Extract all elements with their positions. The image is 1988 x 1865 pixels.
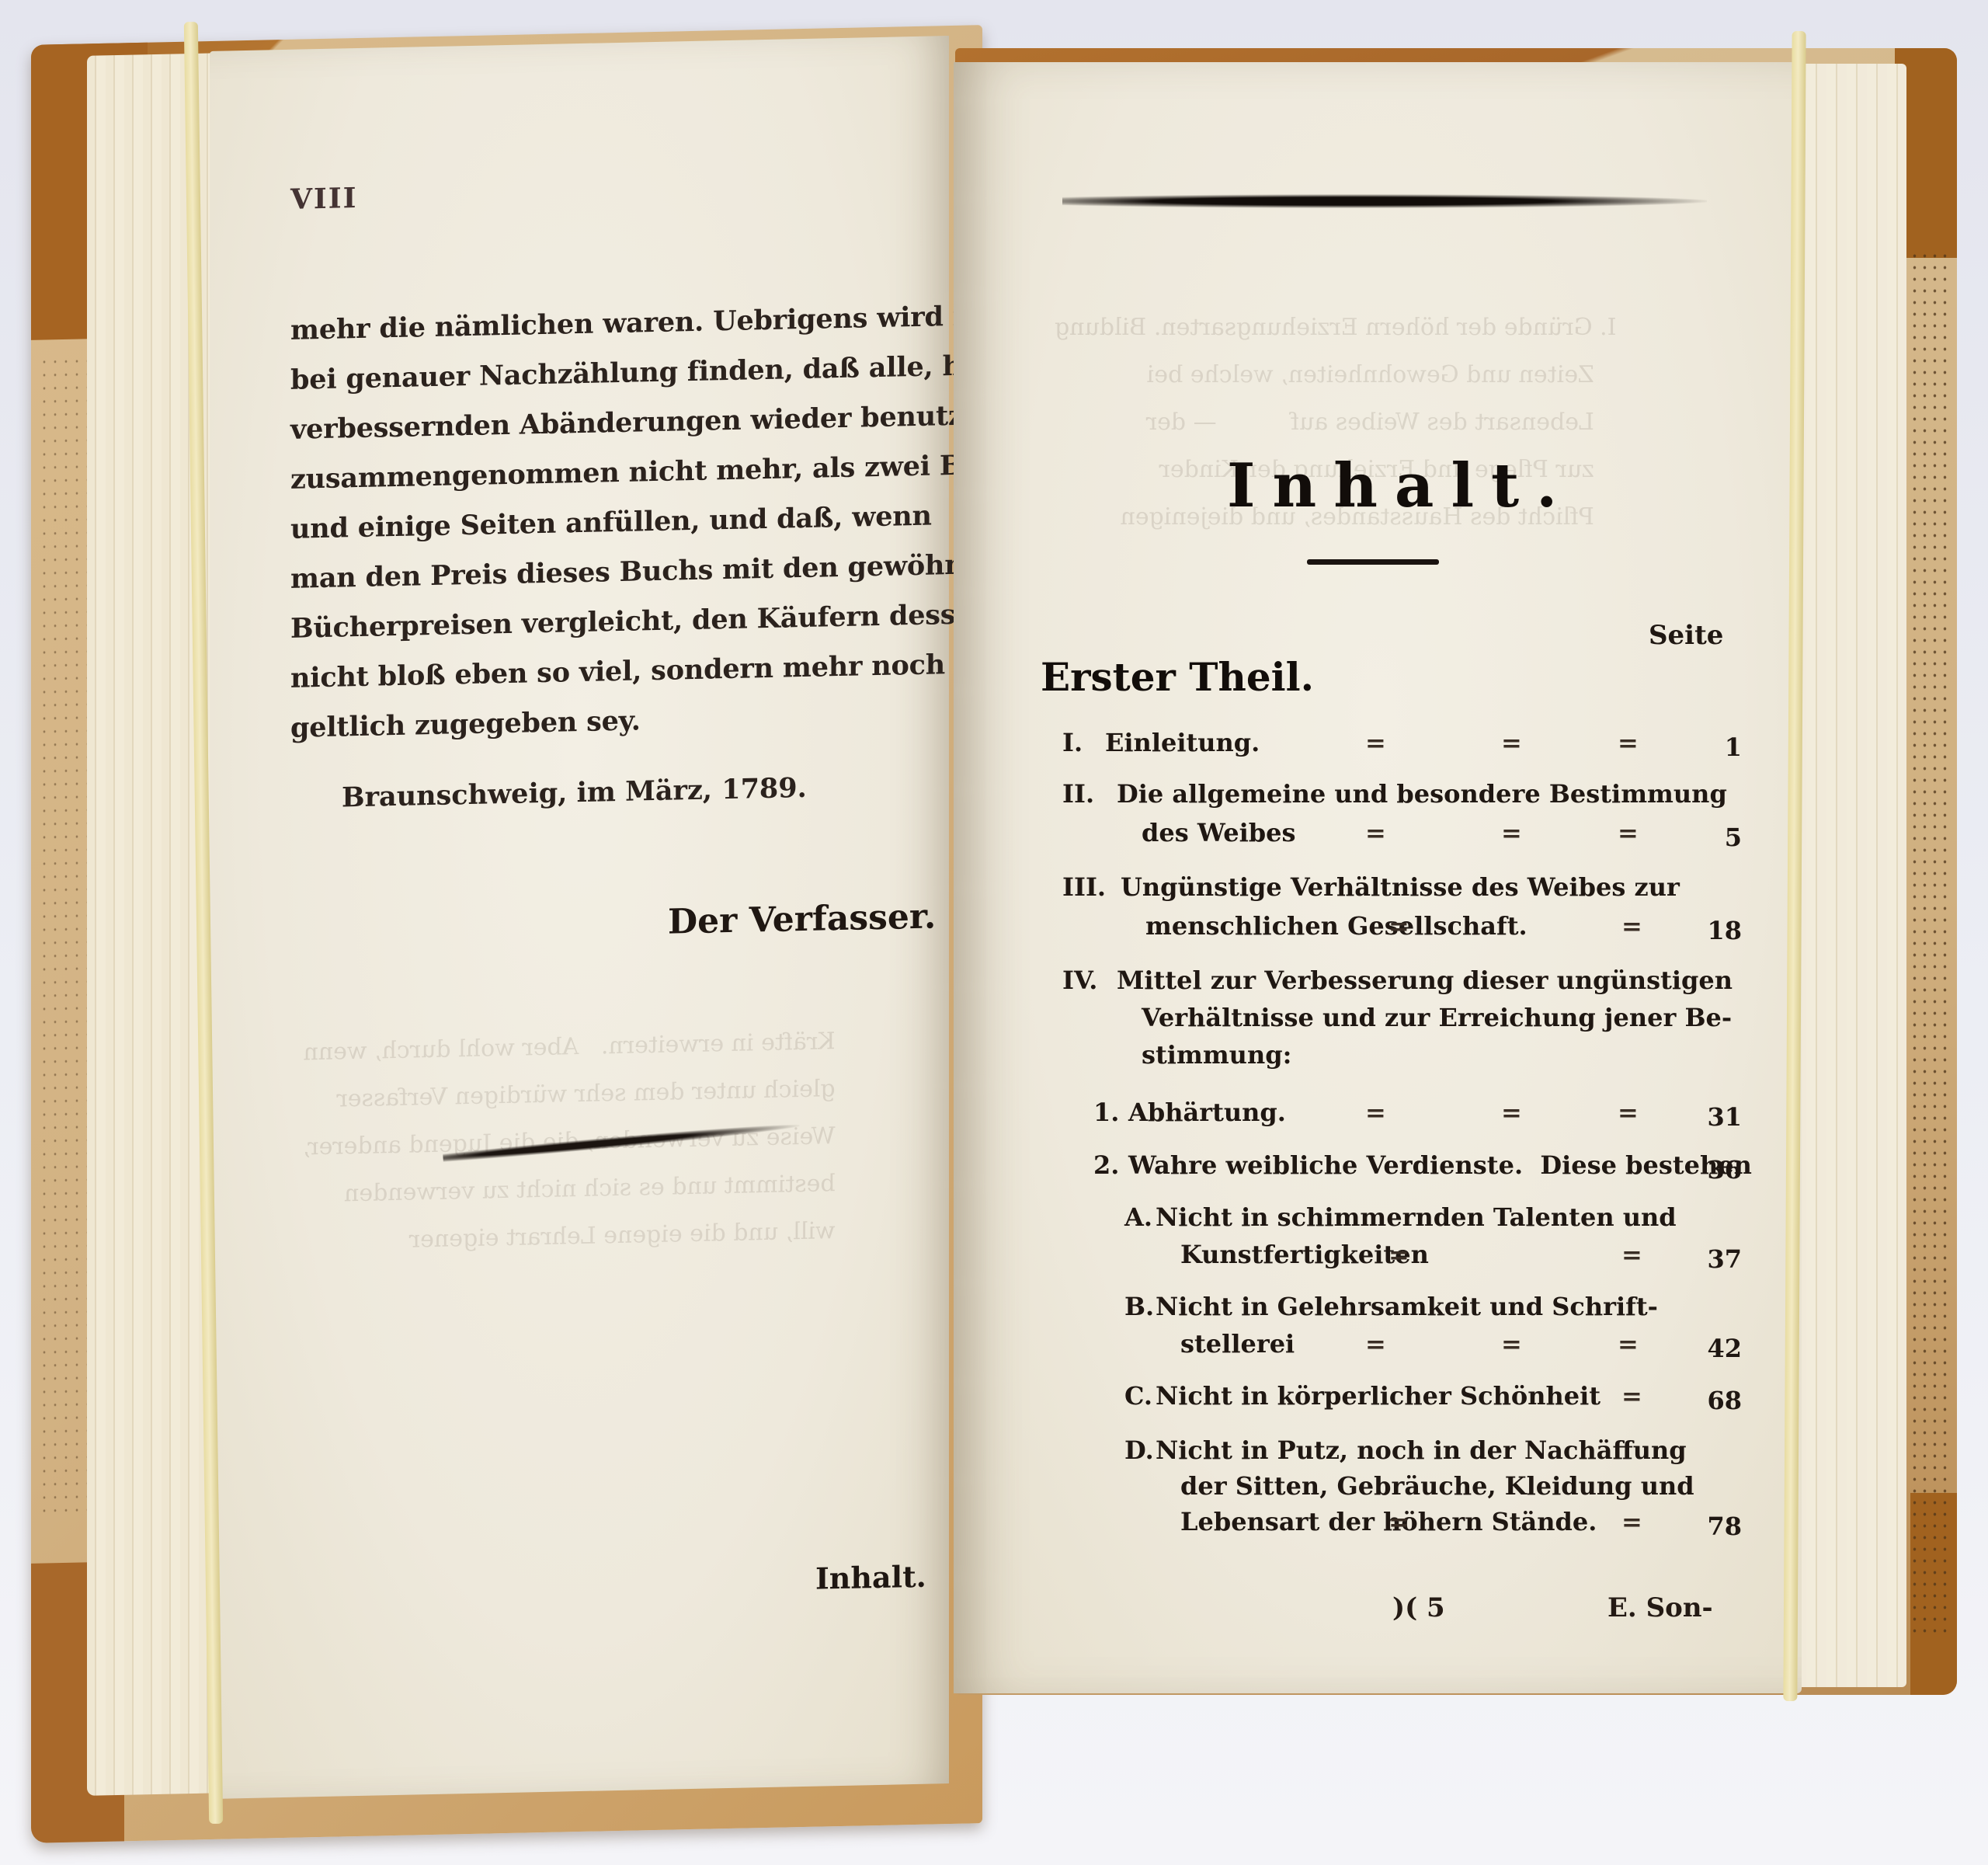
toc-entry-title-line: menschlichen Gesellschaft. <box>1145 909 1527 943</box>
page-number: VIII <box>290 182 357 216</box>
ornamental-rule <box>443 1120 800 1164</box>
leader-mark: = <box>1501 725 1522 760</box>
toc-page-number: 68 <box>1687 1383 1742 1418</box>
toc-entry-title-line: Mittel zur Verbesserung dieser ungünstig… <box>1117 963 1733 997</box>
leader-mark: = <box>1365 725 1386 760</box>
toc-entry: IV.Mittel zur Verbesserung dieser ungüns… <box>954 963 1802 1075</box>
leader-mark: = <box>1501 816 1522 850</box>
title-underline <box>1307 559 1439 565</box>
leader-mark: = <box>1618 1095 1639 1129</box>
toc-entry: D.Nicht in Putz, noch in der Nachäffungd… <box>954 1433 1802 1540</box>
toc-entry-title-line: stellerei <box>1180 1327 1295 1361</box>
toc-entry: III.Ungünstige Verhältnisse des Weibes z… <box>954 870 1802 948</box>
toc-entry-title-line: des Weibes <box>1142 816 1295 850</box>
toc-entry-title-line: Verhältnisse und zur Erreichung jener Be… <box>1142 1000 1732 1035</box>
leader-mark: = <box>1621 909 1642 943</box>
toc-entry: 2.Wahre weibliche Verdienste. Diese best… <box>954 1148 1802 1182</box>
leader-mark: = <box>1618 725 1639 760</box>
catchword: E. Son- <box>1607 1592 1713 1623</box>
left-page: Kräfte in erweitern. Aber wohl durch, we… <box>210 36 949 1799</box>
toc-entry: 1.Abhärtung.===31 <box>954 1095 1802 1129</box>
toc-entry-title-line: Einleitung. <box>1105 725 1260 760</box>
toc-entry: B.Nicht in Gelehrsamkeit und Schrift-ste… <box>954 1289 1802 1364</box>
toc-page-number: 1 <box>1687 730 1742 764</box>
preface-text: mehr die nämlichen waren. Uebrigens wird… <box>290 293 927 753</box>
book-photo: Kräfte in erweitern. Aber wohl durch, we… <box>0 0 1988 1865</box>
toc-entry: A.Nicht in schimmernden Talenten undKuns… <box>954 1200 1802 1275</box>
toc-entry-number: D. <box>1124 1433 1154 1467</box>
leader-mark: = <box>1618 1327 1639 1361</box>
toc-entry-number: 2. <box>1093 1148 1119 1182</box>
leader-mark: = <box>1621 1505 1642 1539</box>
ornamental-rule <box>1062 194 1707 208</box>
leader-mark: = <box>1365 1327 1386 1361</box>
toc-page-number: 36 <box>1687 1153 1742 1187</box>
toc-entry-number: IV. <box>1062 963 1097 997</box>
catchword: Inhalt. <box>815 1559 926 1596</box>
toc-page-number: 5 <box>1687 820 1742 854</box>
toc-entry-title-line: Nicht in schimmernden Talenten und <box>1156 1200 1677 1234</box>
toc-entry-title-line: Nicht in Putz, noch in der Nachäffung <box>1156 1433 1687 1467</box>
bleed-through-text: I. Gründe der höhern Erziehungsarten. Bi… <box>1055 256 1617 588</box>
leader-mark: = <box>1388 1505 1409 1539</box>
toc-entry-title-line: Abhärtung. <box>1128 1095 1286 1129</box>
page-column-header: Seite <box>1649 620 1723 651</box>
leader-mark: = <box>1365 1095 1386 1129</box>
signature-mark: )( 5 <box>1392 1592 1445 1623</box>
toc-page-number: 18 <box>1687 913 1742 948</box>
leader-mark: = <box>1621 1379 1642 1413</box>
toc-entry-number: A. <box>1124 1200 1152 1234</box>
author-signature: Der Verfasser. <box>668 896 936 941</box>
right-page: I. Gründe der höhern Erziehungsarten. Bi… <box>954 62 1802 1693</box>
toc-entry-title-line: stimmung: <box>1142 1038 1291 1072</box>
toc-entry-number: I. <box>1062 725 1083 760</box>
leader-mark: = <box>1388 909 1409 943</box>
toc-entry-title-line: Ungünstige Verhältnisse des Weibes zur <box>1121 870 1680 904</box>
leader-mark: = <box>1501 1327 1522 1361</box>
toc-entry: II.Die allgemeine und besondere Bestimmu… <box>954 777 1802 854</box>
toc-entry: I.Einleitung.===1 <box>954 725 1802 760</box>
part-title: Erster Theil. <box>1041 654 1314 700</box>
toc-entry-title-line: der Sitten, Gebräuche, Kleidung und <box>1180 1469 1694 1503</box>
toc-page-number: 31 <box>1687 1100 1742 1134</box>
toc-entry-number: II. <box>1062 777 1094 811</box>
toc-page-number: 78 <box>1687 1509 1742 1543</box>
toc-entry: C.Nicht in körperlicher Schönheit=68 <box>954 1379 1802 1413</box>
toc-page-number: 37 <box>1687 1242 1742 1276</box>
toc-title: Inhalt. <box>1227 451 1574 521</box>
leader-mark: = <box>1621 1237 1642 1272</box>
toc-entry-number: III. <box>1062 870 1106 904</box>
leader-mark: = <box>1618 816 1639 850</box>
toc-entry-title-line: Nicht in körperlicher Schönheit <box>1156 1379 1600 1413</box>
leader-mark: = <box>1501 1095 1522 1129</box>
toc-entry-number: B. <box>1124 1289 1154 1324</box>
toc-entry-number: 1. <box>1093 1095 1119 1129</box>
leader-mark: = <box>1365 816 1386 850</box>
toc-entry-title-line: Die allgemeine und besondere Bestimmung <box>1117 777 1727 811</box>
toc-entry-number: C. <box>1124 1379 1152 1413</box>
place-and-date: Braunschweig, im März, 1789. <box>342 772 807 814</box>
toc-entry-title-line: Nicht in Gelehrsamkeit und Schrift- <box>1156 1289 1658 1324</box>
leader-mark: = <box>1388 1237 1409 1272</box>
toc-page-number: 42 <box>1687 1331 1742 1366</box>
toc-entry-title-line: Wahre weibliche Verdienste. Diese besteh… <box>1128 1148 1752 1182</box>
